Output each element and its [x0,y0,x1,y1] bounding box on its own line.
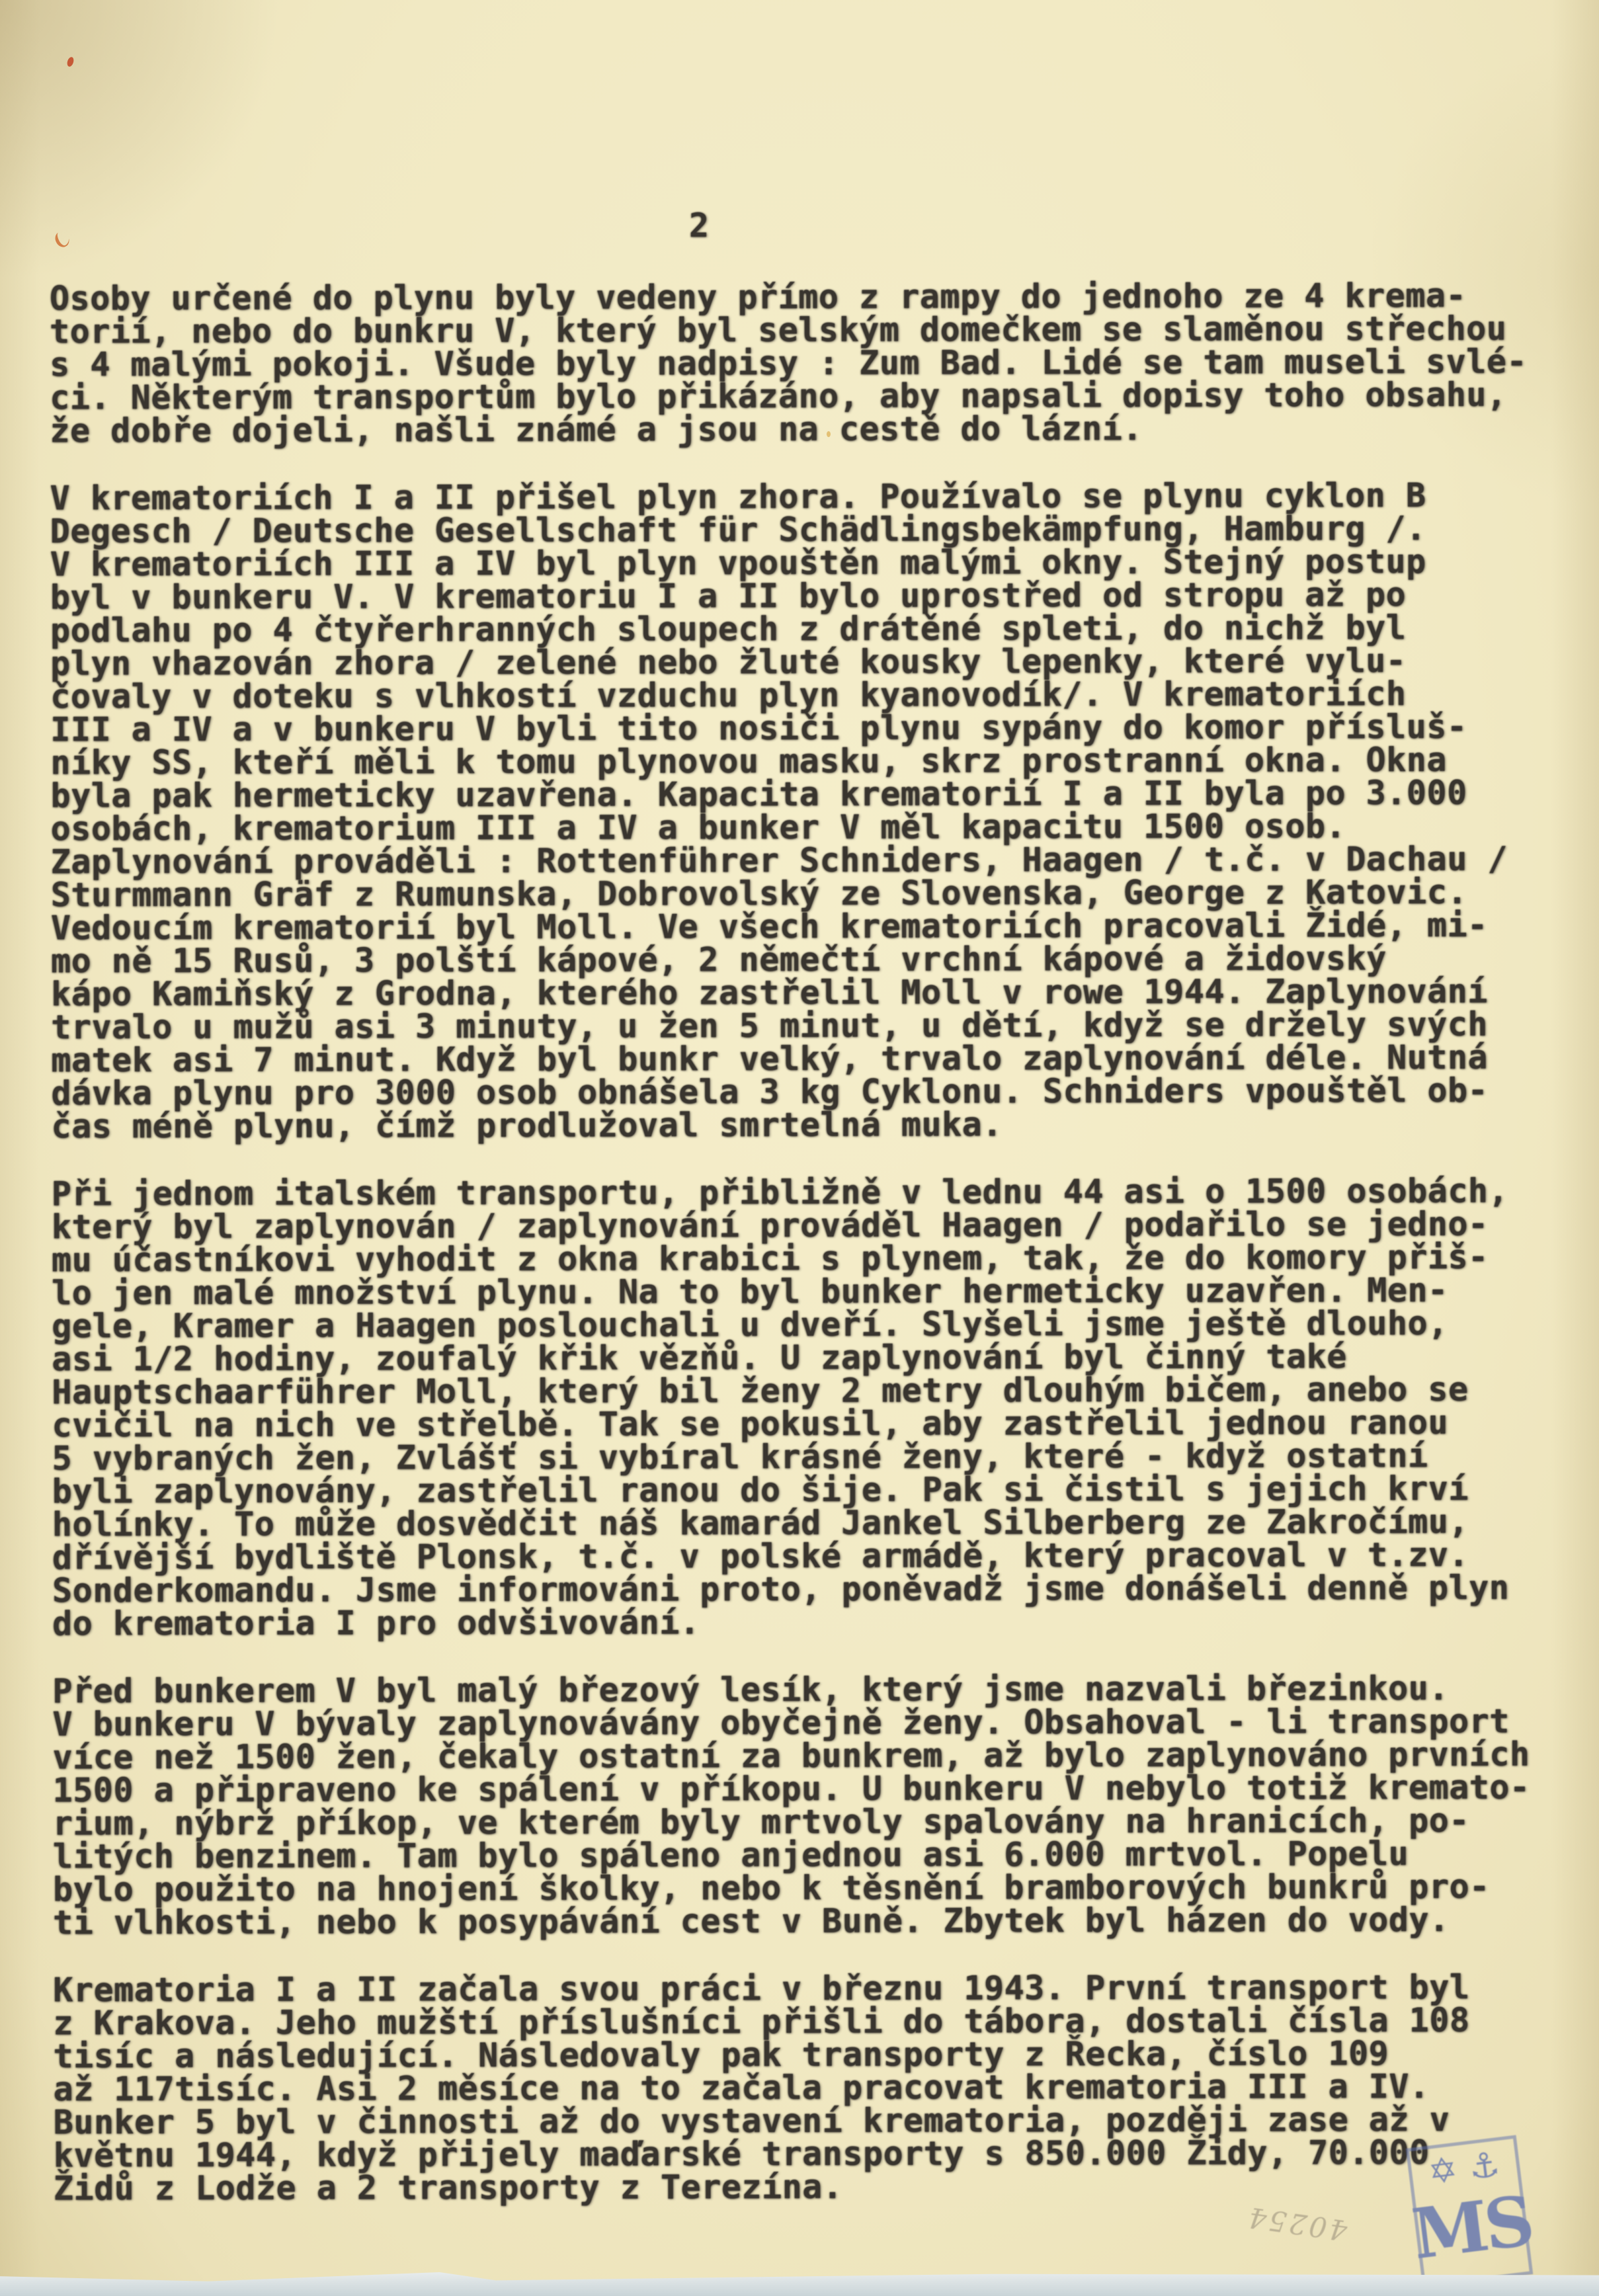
paper-speck [53,229,72,250]
paragraph-bunker-v: Před bunkerem V byl malý březový lesík, … [52,1672,1574,1940]
stamp-border: ✡ ⚓ MS [1406,2135,1534,2288]
paragraph-crematoria-timeline: Krematoria I a II začala svou práci v bř… [53,1971,1575,2205]
page-number: 2 [689,209,710,242]
paragraph-gassing-process: V krematoriích I a II přišel plyn zhora.… [50,479,1573,1143]
paper-speck [827,431,831,437]
document-text: Osoby určené do plynu byly vedeny přímo … [50,279,1575,2240]
anchor-icon: ⚓ [1467,2145,1502,2188]
paper-sheet: 2 Osoby určené do plynu byly vedeny přím… [0,0,1599,2285]
stamp-monogram: MS [1408,2181,1535,2274]
paragraph-arrival: Osoby určené do plynu byly vedeny přímo … [50,279,1571,448]
scanned-page: 2 Osoby určené do plynu byly vedeny přím… [0,0,1599,2296]
archive-stamp: ✡ ⚓ MS [1406,2135,1534,2288]
paragraph-italian-transport: Při jednom italském transportu, přibližn… [52,1174,1573,1641]
paper-speck [66,56,75,67]
star-of-david-icon: ✡ [1426,2150,1460,2193]
